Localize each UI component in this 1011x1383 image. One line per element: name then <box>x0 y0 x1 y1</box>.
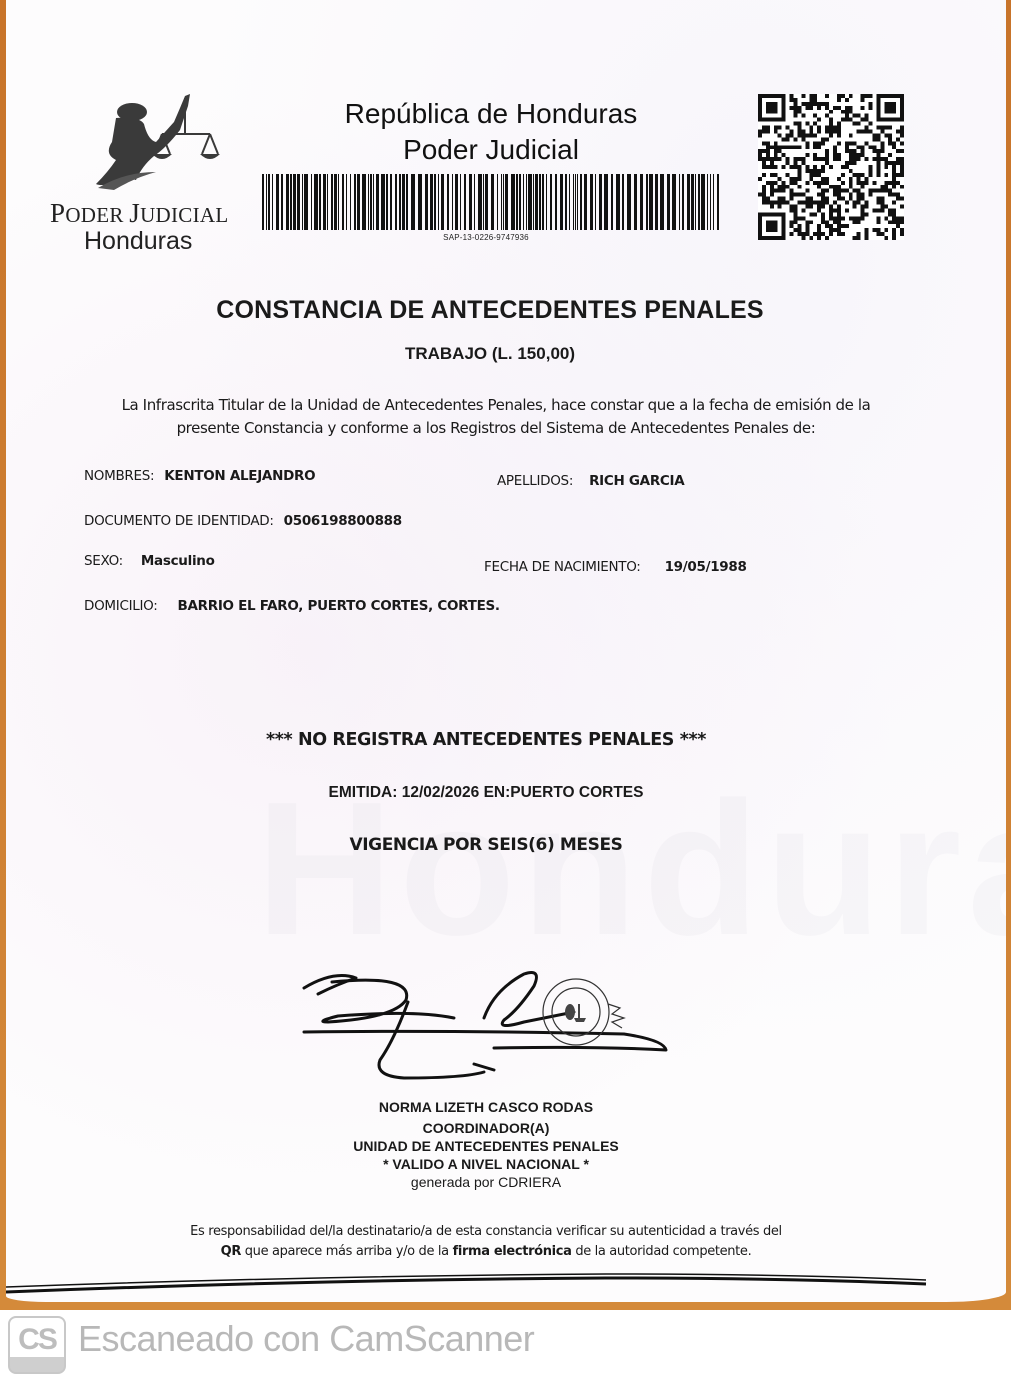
qr-code[interactable] <box>758 94 904 240</box>
signatory-role: COORDINADOR(A) <box>286 1119 686 1137</box>
document-page: Honduras PODER JUDICIAL Honduras Repúbli… <box>6 0 1006 1302</box>
intro-paragraph: La Infrascrita Titular de la Unidad de A… <box>46 394 946 440</box>
header-title: República de Honduras Poder Judicial <box>256 96 726 168</box>
field-sexo: SEXO:Masculino <box>84 553 215 569</box>
signatory-name: NORMA LIZETH CASCO RODAS <box>286 1098 686 1116</box>
signature-with-seal <box>294 960 674 1090</box>
validity-period: VIGENCIA POR SEIS(6) MESES <box>6 835 966 855</box>
poder-judicial-logo: PODER JUDICIAL Honduras <box>44 80 244 260</box>
logo-text-poder-judicial: PODER JUDICIAL <box>50 198 228 229</box>
result-statement: *** NO REGISTRA ANTECEDENTES PENALES *** <box>6 730 966 750</box>
field-apellidos: APELLIDOS:RICH GARCIA <box>497 473 684 489</box>
field-domicilio: DOMICILIO:BARRIO EL FARO, PUERTO CORTES,… <box>84 598 500 614</box>
field-documento: DOCUMENTO DE IDENTIDAD:0506198800888 <box>84 513 402 529</box>
document-subtitle: TRABAJO (L. 150,00) <box>6 344 974 364</box>
header-title-line2: Poder Judicial <box>256 132 726 168</box>
header-title-line1: República de Honduras <box>256 96 726 132</box>
signatory-block: NORMA LIZETH CASCO RODAS COORDINADOR(A) … <box>286 1098 686 1191</box>
issue-date-place: EMITIDA: 12/02/2026 EN:PUERTO CORTES <box>6 784 966 802</box>
field-nombres: NOMBRES:KENTON ALEJANDRO <box>84 468 315 484</box>
field-fecha-nacimiento: FECHA DE NACIMIENTO:19/05/1988 <box>484 559 747 575</box>
signatory-unit: UNIDAD DE ANTECEDENTES PENALES <box>286 1137 686 1155</box>
document-title: CONSTANCIA DE ANTECEDENTES PENALES <box>6 296 974 325</box>
logo-text-honduras: Honduras <box>84 227 192 256</box>
camscanner-logo-icon: CS <box>8 1316 66 1374</box>
barcode <box>262 174 720 230</box>
footer-rule <box>6 1270 1006 1300</box>
verification-note: Es responsabilidad del/la destinatario/a… <box>106 1222 866 1262</box>
lady-justice-icon <box>44 80 244 195</box>
generated-by: generada por CDRIERA <box>286 1173 686 1191</box>
validity-scope: * VALIDO A NIVEL NACIONAL * <box>286 1155 686 1173</box>
barcode-number: SAP-13-0226-9747936 <box>386 233 586 242</box>
camscanner-watermark-text: Escaneado con CamScanner <box>78 1318 534 1360</box>
